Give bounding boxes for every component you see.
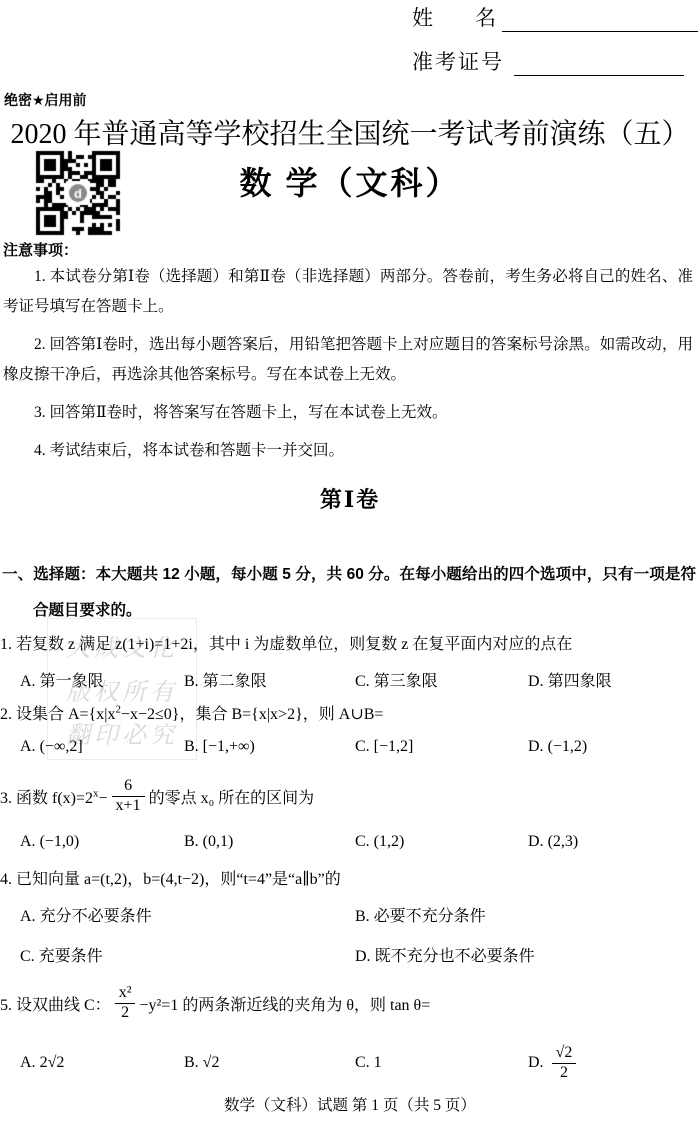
page-footer: 数学（文科）试题 第 1 页（共 5 页） [0,1093,700,1115]
question-5-stem: 5. 设双曲线 C： x² 2 −y²=1 的两条渐近线的夹角为 θ，则 tan… [0,980,698,1026]
notice-item: 4. 考试结束后，将本试卷和答题卡一并交回。 [3,436,693,466]
notice-label: 注意事项： [3,239,78,260]
question-5-options: A.2√2 B.√2 C.1 D. √2 2 [20,1040,696,1086]
question-1-stem: 1. 若复数 z 满足 z(1+i)=1+2i，其中 i 为虚数单位，则复数 z… [0,631,698,654]
fraction: √2 2 [552,1044,577,1082]
option-b: B.[−1,+∞) [184,738,355,756]
option-d: D. √2 2 [528,1044,696,1082]
option-a: A.(−∞,2] [20,738,184,756]
notice-list: 1. 本试卷分第Ⅰ卷（选择题）和第Ⅱ卷（非选择题）两部分。答卷前，考生务必将自己… [3,262,693,474]
option-b: B.第二象限 [184,668,355,691]
name-field-row: 姓 名 [412,2,698,32]
option-b: B.√2 [184,1054,355,1072]
option-a: A.充分不必要条件 [20,903,355,926]
option-c: C.第三象限 [355,668,528,691]
option-c: C.[−1,2] [355,738,528,756]
question-4-options-row-1: A.充分不必要条件 B.必要不充分条件 [20,903,696,926]
option-d: D.(−1,2) [528,738,696,756]
admission-blank-line [514,49,684,76]
option-b: B.必要不充分条件 [355,903,696,926]
admission-field-row: 准考证号 [412,46,684,76]
fraction: x² 2 [115,984,136,1022]
option-d: D.(2,3) [528,833,696,851]
option-a: A.第一象限 [20,668,184,691]
notice-item: 2. 回答第Ⅰ卷时，选出每小题答案后，用铅笔把答题卡上对应题目的答案标号涂黑。如… [3,330,693,390]
question-3-options: A.(−1,0) B.(0,1) C.(1,2) D.(2,3) [20,833,696,851]
option-b: B.(0,1) [184,833,355,851]
name-blank-line [502,5,698,32]
question-2-stem: 2. 设集合 A={x|x2−x−2≤0}，集合 B={x|x>2}，则 A∪B… [0,701,698,724]
notice-item: 3. 回答第Ⅱ卷时，将答案写在答题卡上，写在本试卷上无效。 [3,398,693,428]
option-a: A.(−1,0) [20,833,184,851]
option-c: C.充要条件 [20,943,355,966]
admission-label: 准考证号 [412,46,504,76]
notice-item: 1. 本试卷分第Ⅰ卷（选择题）和第Ⅱ卷（非选择题）两部分。答卷前，考生务必将自己… [3,262,693,322]
question-1-options: A.第一象限 B.第二象限 C.第三象限 D.第四象限 [20,668,696,691]
option-c: C.(1,2) [355,833,528,851]
question-4-options-row-2: C.充要条件 D.既不充分也不必要条件 [20,943,696,966]
secrecy-notice: 绝密★启用前 [4,90,87,110]
name-label: 姓 名 [412,2,496,32]
exam-paper-page: 姓 名 准考证号 绝密★启用前 2020 年普通高等学校招生全国统一考试考前演练… [0,0,700,1134]
exam-title: 2020 年普通高等学校招生全国统一考试考前演练（五） [0,112,700,152]
name-label-first: 姓 [412,2,433,32]
option-d: D.既不充分也不必要条件 [355,943,696,966]
option-d: D.第四象限 [528,668,696,691]
question-2-options: A.(−∞,2] B.[−1,+∞) C.[−1,2] D.(−1,2) [20,738,696,756]
option-c: C.1 [355,1054,528,1072]
question-4-stem: 4. 已知向量 a=(t,2)，b=(4,t−2)，则“t=4”是“a∥b”的 [0,866,698,889]
name-label-second: 名 [475,2,496,32]
fraction: 6 x+1 [112,777,145,815]
option-a: A.2√2 [20,1054,184,1072]
part-one-title: 第Ⅰ卷 [0,483,700,514]
subject-title: 数 学（文科） [0,158,700,204]
question-3-stem: 3. 函数 f(x)=2x− 6 x+1 的零点 x₀ 所在的区间为 [0,773,698,819]
